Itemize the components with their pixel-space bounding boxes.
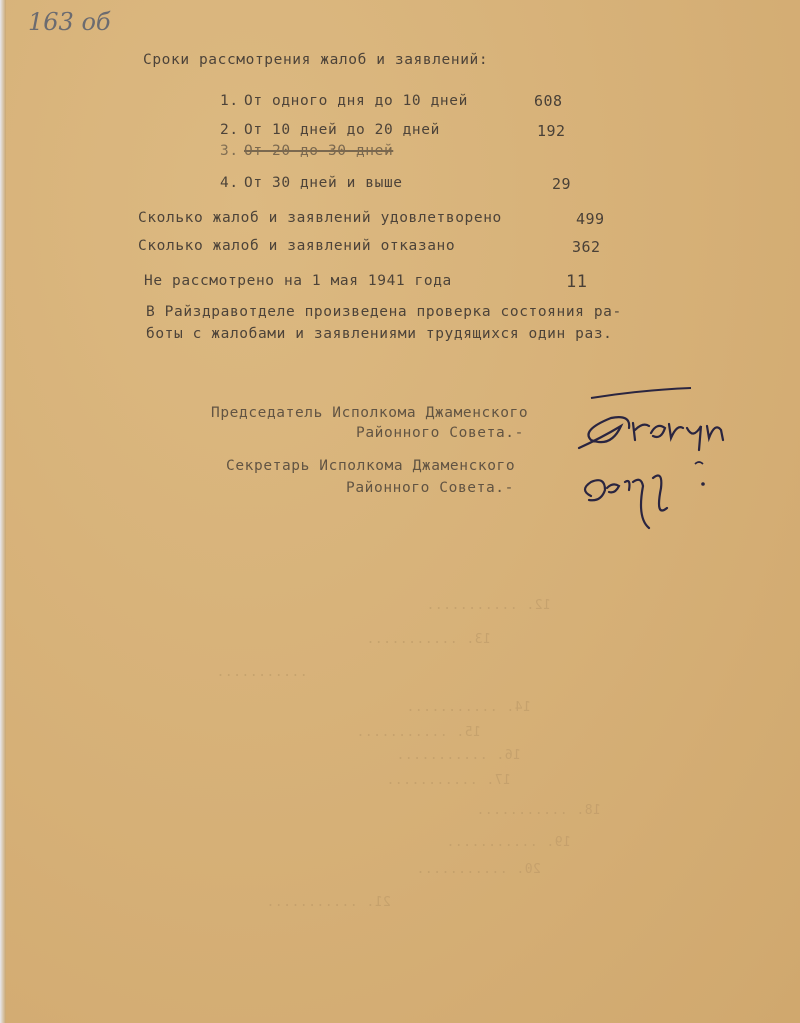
refused-value: 362: [572, 238, 601, 256]
bleed-through-line: 13. ...........: [366, 632, 491, 647]
chairman-signature: [571, 378, 771, 538]
refused-label: Сколько жалоб и заявлений отказано: [138, 238, 455, 254]
not-reviewed-value: 11: [566, 272, 587, 292]
bleed-through-line: 17. ...........: [386, 773, 511, 788]
bleed-through-line: ...........: [216, 665, 308, 680]
secretary-title-line-1: Секретарь Исполкома Джаменского: [226, 458, 515, 474]
document-page: 163 об Сроки рассмотрения жалоб и заявле…: [6, 0, 800, 1023]
chairman-title-line-2: Районного Совета.-: [356, 425, 524, 441]
secretary-title-line-2: Районного Совета.-: [346, 480, 514, 496]
period-2-value: 192: [537, 122, 566, 140]
bleed-through-line: 18. ...........: [476, 803, 601, 818]
satisfied-label: Сколько жалоб и заявлений удовлетворено: [138, 210, 502, 226]
period-2-label: От 10 дней до 20 дней: [244, 122, 440, 138]
archive-mark: 163 об: [28, 8, 111, 36]
not-reviewed-label: Не рассмотрено на 1 мая 1941 года: [144, 273, 452, 289]
satisfied-value: 499: [576, 210, 605, 228]
period-1-marker: 1.: [220, 93, 239, 109]
period-4-label: От 30 дней и выше: [244, 175, 403, 191]
heading: Сроки рассмотрения жалоб и заявлений:: [143, 52, 488, 68]
period-4-value: 29: [552, 175, 571, 193]
period-1-label: От одного дня до 10 дней: [244, 93, 468, 109]
bleed-through-line: 15. ...........: [356, 725, 481, 740]
period-4-marker: 4.: [220, 175, 239, 191]
bleed-through-line: 21. ...........: [266, 895, 391, 910]
paragraph-line-2: боты с жалобами и заявлениями трудящихся…: [146, 326, 613, 342]
period-2-marker: 2.: [220, 122, 239, 138]
bleed-through-line: 20. ...........: [416, 862, 541, 877]
period-1-value: 608: [534, 92, 563, 110]
chairman-title-line-1: Председатель Исполкома Джаменского: [211, 405, 528, 421]
bleed-through-line: 12. ...........: [426, 598, 551, 613]
period-3-label-struck: От 20 до 30 дней: [244, 143, 393, 159]
bleed-through-line: 19. ...........: [446, 835, 571, 850]
paragraph-line-1: В Райздравотделе произведена проверка со…: [146, 304, 622, 320]
bleed-through-line: 16. ...........: [396, 748, 521, 763]
period-3-marker: 3.: [220, 143, 239, 159]
bleed-through-line: 14. ...........: [406, 700, 531, 715]
